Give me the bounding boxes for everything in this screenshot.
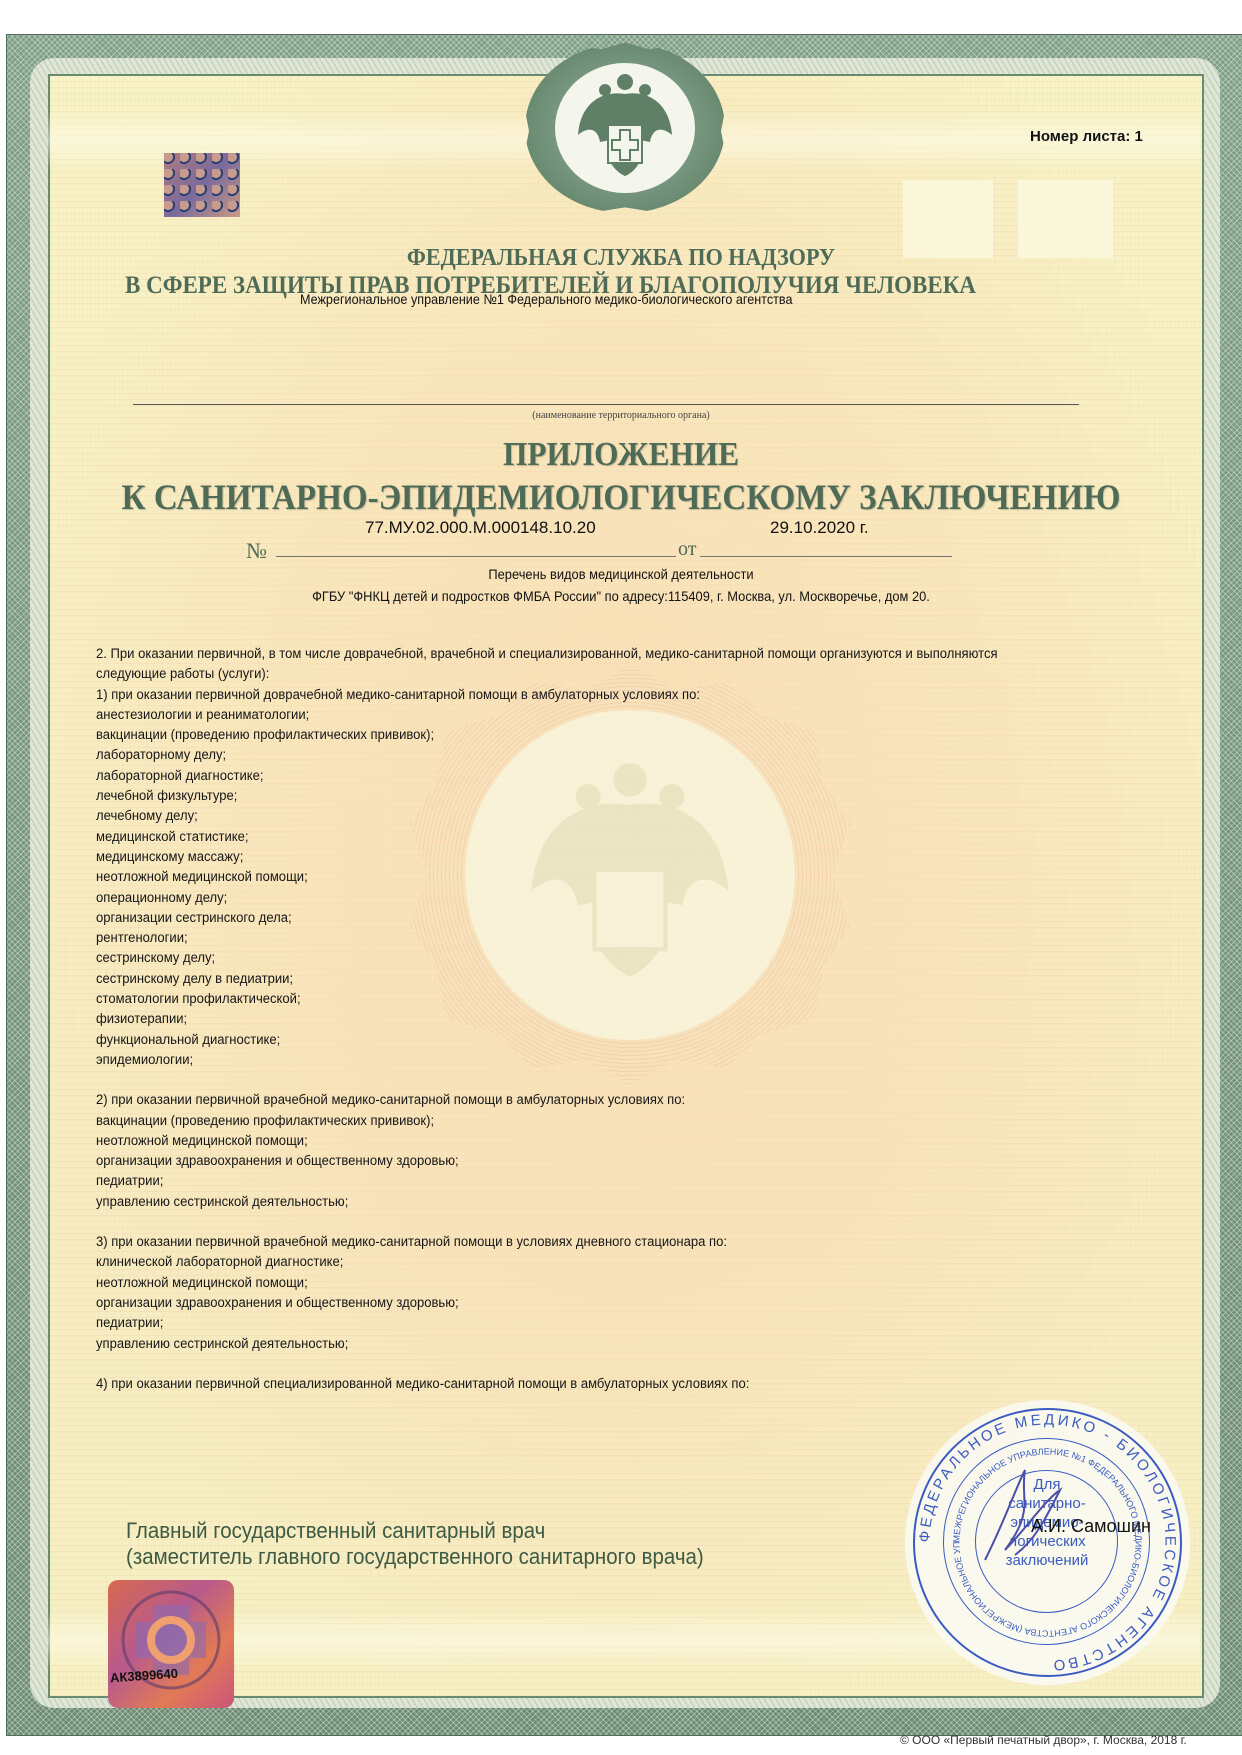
list-item: неотложной медицинской помощи; xyxy=(96,1273,1071,1293)
printer-imprint: © ООО «Первый печатный двор», г. Москва,… xyxy=(900,1733,1187,1747)
section-heading: 4) при оказании первичной специализирова… xyxy=(96,1374,1071,1394)
list-item: управлению сестринской деятельностью; xyxy=(96,1334,1071,1354)
page-title: ПРИЛОЖЕНИЕ xyxy=(50,436,1193,474)
list-item: анестезиологии и реаниматологии; xyxy=(96,705,1071,725)
list-item: медицинскому массажу; xyxy=(96,847,1071,867)
section-heading: 3) при оказании первичной врачебной меди… xyxy=(96,1232,1071,1252)
conclusion-date: 29.10.2020 г. xyxy=(770,518,869,538)
list-item: педиатрии; xyxy=(96,1171,1071,1191)
list-item: лабораторному делу; xyxy=(96,745,1071,765)
list-item: вакцинации (проведению профилактических … xyxy=(96,725,1071,745)
list-item: педиатрии; xyxy=(96,1313,1071,1333)
intro-text: следующие работы (услуги): xyxy=(96,664,1071,684)
list-item: эпидемиологии; xyxy=(96,1050,1071,1070)
number-sign-label: № xyxy=(246,538,267,564)
list-item: сестринскому делу; xyxy=(96,948,1071,968)
official-stamp: ФЕДЕРАЛЬНОЕ МЕДИКО - БИОЛОГИЧЕСКОЕ АГЕНТ… xyxy=(905,1400,1190,1685)
signer-title-line-1: Главный государственный санитарный врач xyxy=(126,1518,545,1544)
list-item: лечебному делу; xyxy=(96,806,1071,826)
list-item: лабораторной диагностике; xyxy=(96,766,1071,786)
list-item: сестринскому делу в педиатрии; xyxy=(96,969,1071,989)
list-item: организации сестринского дела; xyxy=(96,908,1071,928)
list-item: стоматологии профилактической; xyxy=(96,989,1071,1009)
section-items: клинической лабораторной диагностике;нео… xyxy=(96,1252,1156,1353)
sheet-number: Номер листа: 1 xyxy=(1030,128,1143,145)
emblem-double-headed-eagle-icon xyxy=(520,40,730,215)
date-label: от xyxy=(678,538,696,561)
list-item: неотложной медицинской помощи; xyxy=(96,1131,1071,1151)
list-item: рентгенологии; xyxy=(96,928,1071,948)
list-item: управлению сестринской деятельностью; xyxy=(96,1192,1071,1212)
list-item: операционному делу; xyxy=(96,888,1071,908)
list-item: лечебной физкультуре; xyxy=(96,786,1071,806)
section-heading: 2) при оказании первичной врачебной меди… xyxy=(96,1090,1071,1110)
date-underline xyxy=(700,556,952,557)
agency-title-line-1: ФЕДЕРАЛЬНАЯ СЛУЖБА ПО НАДЗОРУ xyxy=(50,245,1193,272)
activity-list-title: Перечень видов медицинской деятельности xyxy=(50,566,1193,582)
signer-name: А.И. Самошин xyxy=(1031,1516,1151,1537)
list-item: клинической лабораторной диагностике; xyxy=(96,1252,1071,1272)
organization-address: ФГБУ "ФНКЦ детей и подростков ФМБА Росси… xyxy=(50,588,1193,604)
hologram-seal-icon xyxy=(108,1580,234,1708)
list-item: физиотерапии; xyxy=(96,1009,1071,1029)
list-item: вакцинации (проведению профилактических … xyxy=(96,1111,1071,1131)
intro-text: 2. При оказании первичной, в том числе д… xyxy=(96,644,1071,664)
list-item: функциональной диагностике; xyxy=(96,1030,1071,1050)
hologram-patch-top xyxy=(164,153,240,217)
number-underline xyxy=(276,556,676,557)
territorial-body: Межрегиональное управление №1 Федерально… xyxy=(300,291,792,307)
section-items: анестезиологии и реаниматологии;вакцинац… xyxy=(96,705,1156,1070)
territorial-caption: (наименование территориального органа) xyxy=(0,410,1242,421)
territorial-underline xyxy=(133,404,1079,405)
signer-title-line-2: (заместитель главного государственного с… xyxy=(126,1544,704,1570)
page-subtitle: К САНИТАРНО-ЭПИДЕМИОЛОГИЧЕСКОМУ ЗАКЛЮЧЕН… xyxy=(50,476,1193,518)
conclusion-number: 77.МУ.02.000.М.000148.10.20 xyxy=(365,518,596,538)
activity-list: 2. При оказании первичной, в том числе д… xyxy=(96,644,1156,1394)
list-item: медицинской статистике; xyxy=(96,827,1071,847)
list-item: неотложной медицинской помощи; xyxy=(96,867,1071,887)
section-heading: 1) при оказании первичной доврачебной ме… xyxy=(96,685,1071,705)
list-item: организации здравоохранения и общественн… xyxy=(96,1151,1071,1171)
section-items: вакцинации (проведению профилактических … xyxy=(96,1111,1156,1212)
list-item: организации здравоохранения и общественн… xyxy=(96,1293,1071,1313)
